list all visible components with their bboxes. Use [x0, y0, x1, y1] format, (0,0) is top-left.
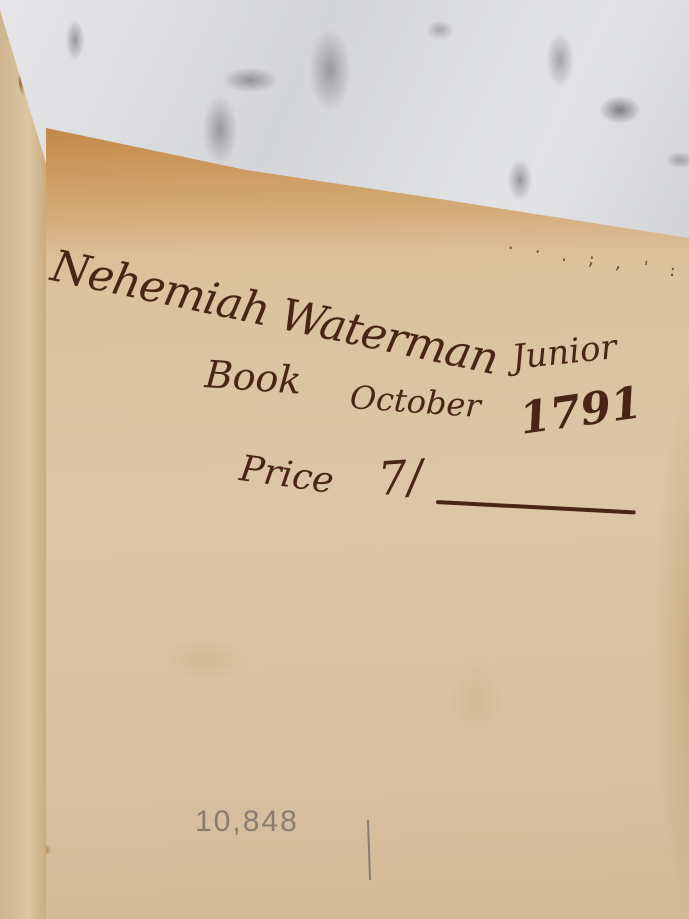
book-word: Book — [203, 352, 303, 403]
inscription-year: 1791 — [516, 377, 644, 445]
price-label: Price — [237, 448, 336, 502]
pencil-catalog-number: 10,848 — [195, 805, 299, 839]
price-value: 7/ — [376, 449, 424, 506]
faded-erased-text: · · . ; , ' : — [505, 238, 683, 281]
book-endpaper-photo: Nehemiah Waterman Junior Book October 17… — [0, 0, 689, 919]
owner-suffix: Junior — [510, 327, 619, 378]
handwritten-inscription: Nehemiah Waterman Junior Book October 17… — [0, 0, 689, 919]
inscription-month: October — [349, 378, 482, 425]
price-flourish-line — [436, 500, 636, 514]
